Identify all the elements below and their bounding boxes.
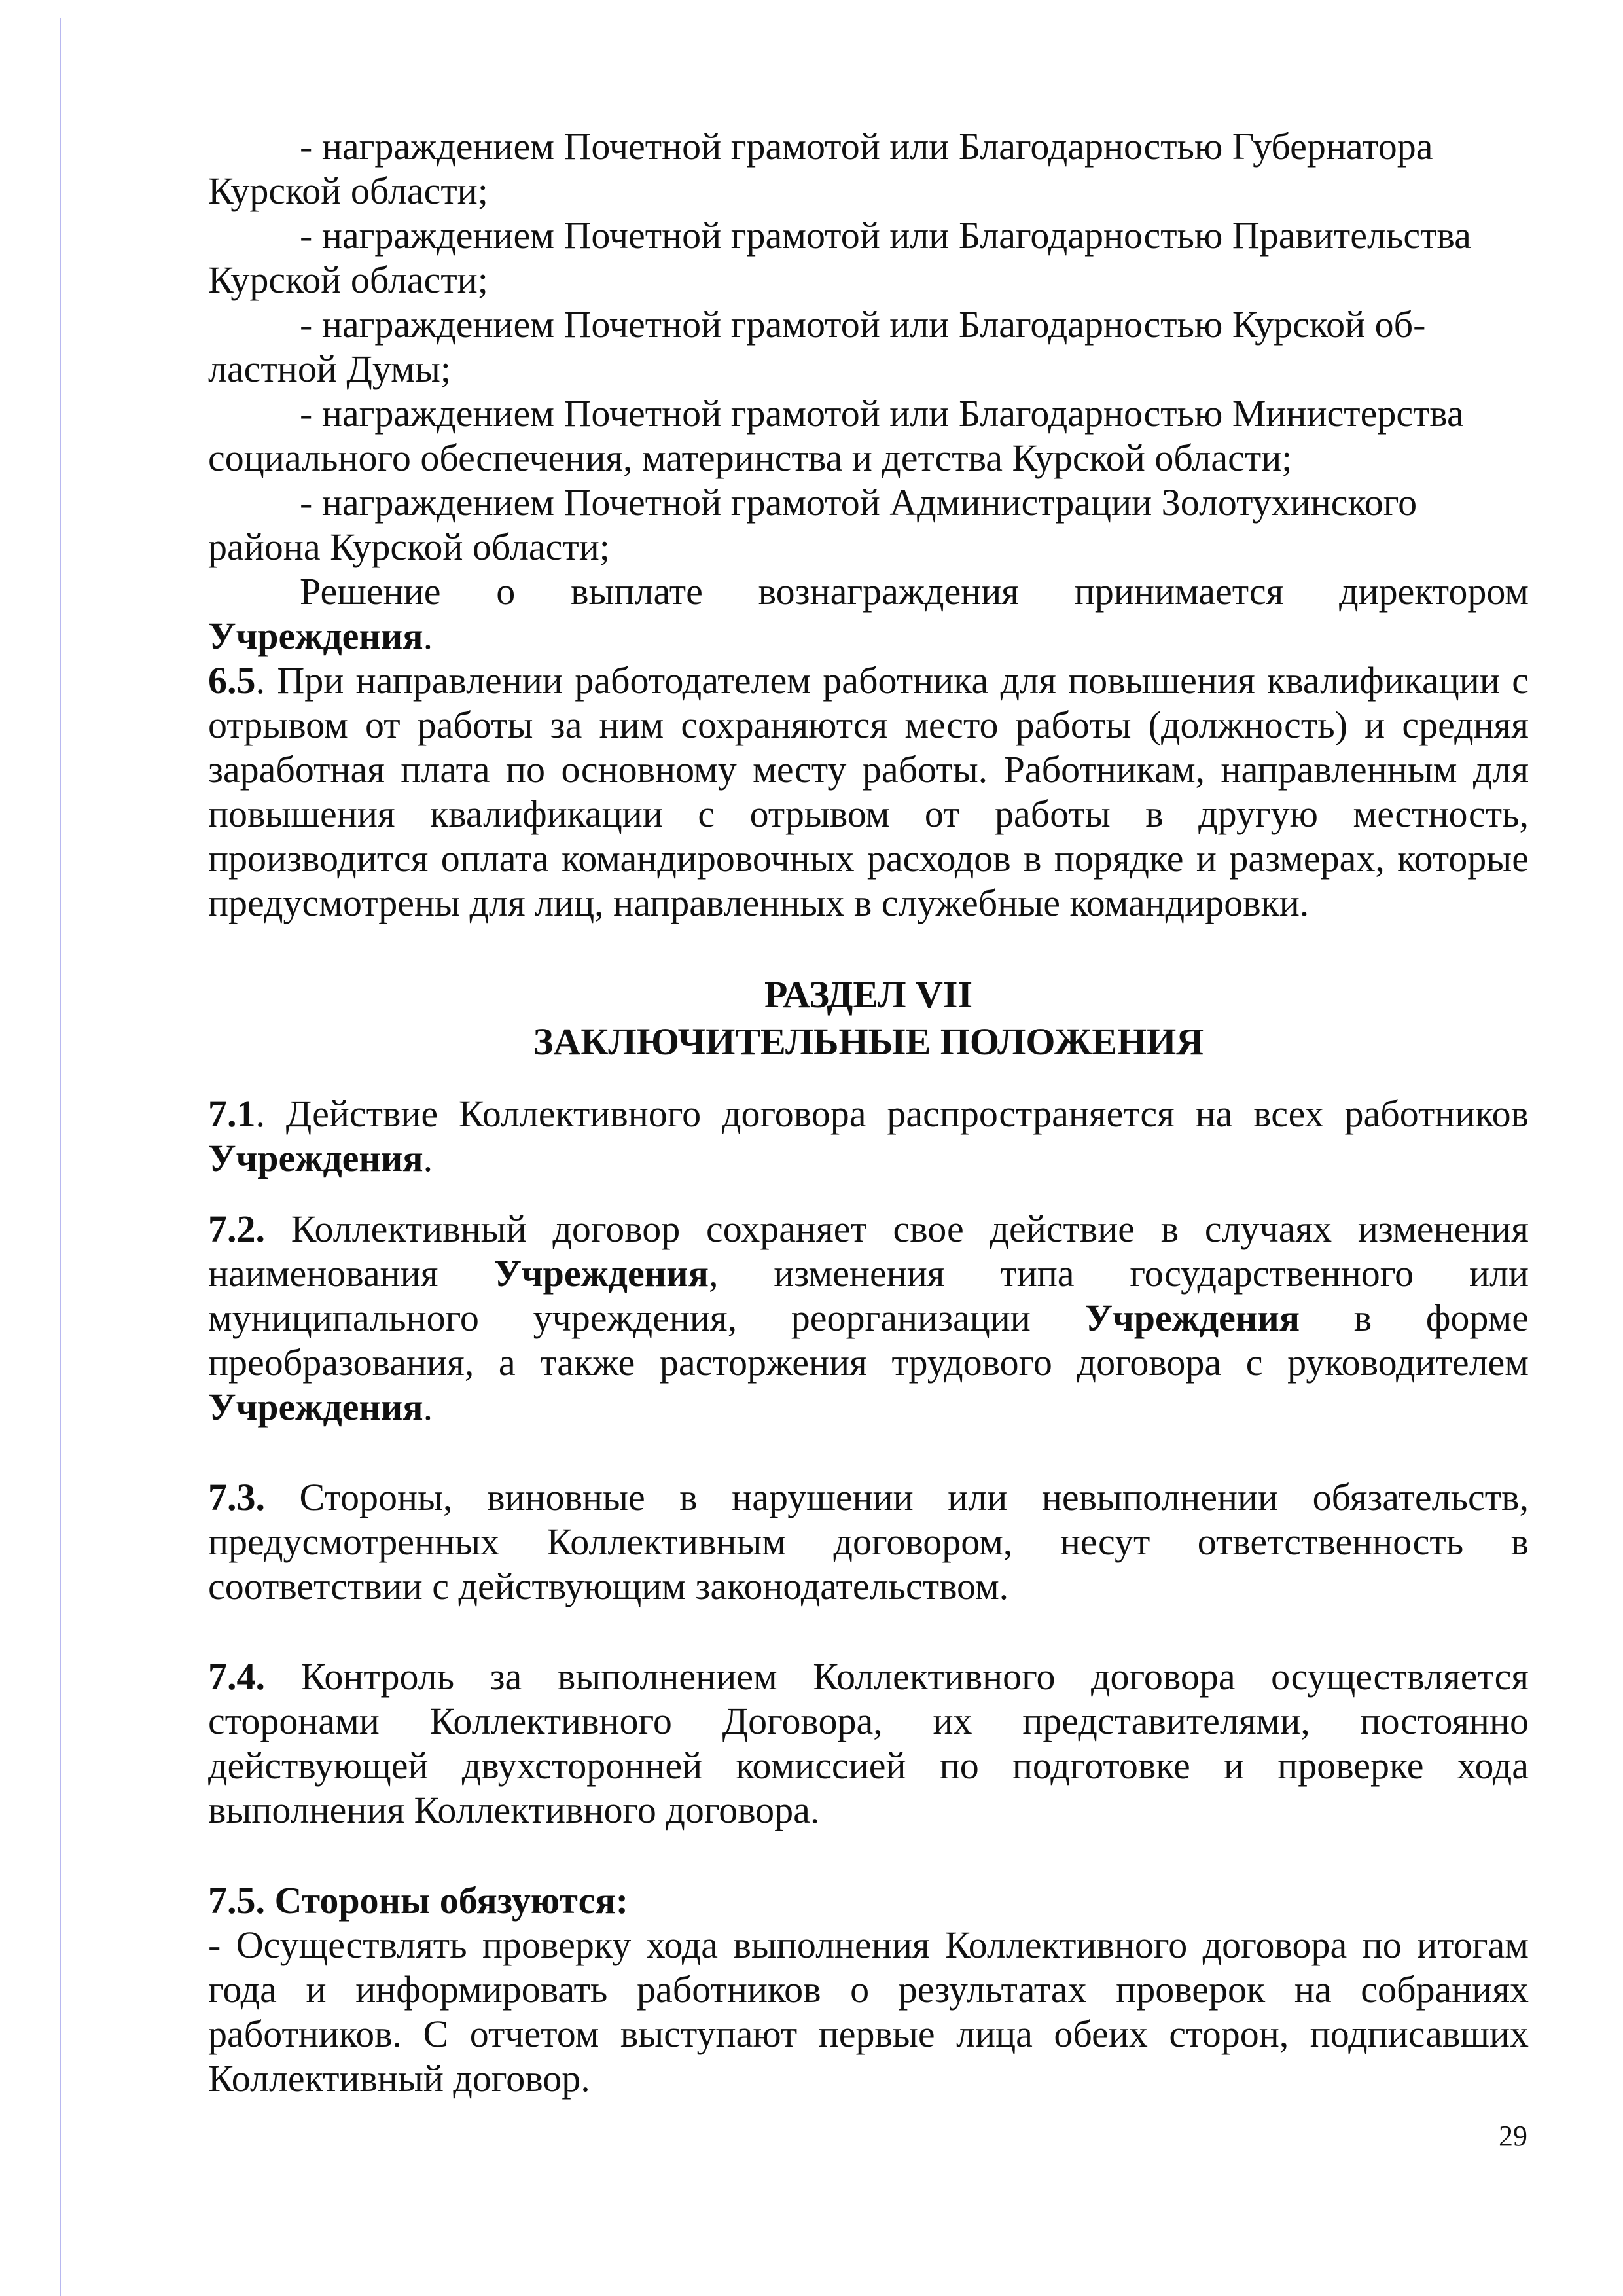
clause-7-4: 7.4. Контроль за выполнением Коллективно… bbox=[208, 1655, 1529, 1833]
section-title: РАЗДЕЛ VII bbox=[208, 971, 1529, 1018]
award-item: - награждением Почетной грамотой или Бла… bbox=[208, 213, 1529, 302]
clause-6-5: 6.5. При направлении работодателем работ… bbox=[208, 658, 1529, 925]
clause-7-5-heading: 7.5. Стороны обязуются: bbox=[208, 1878, 1529, 1923]
scan-margin-line bbox=[60, 18, 61, 2296]
section-subtitle: ЗАКЛЮЧИТЕЛЬНЫЕ ПОЛОЖЕНИЯ bbox=[208, 1018, 1529, 1066]
clause-7-1: 7.1. Действие Коллективного договора рас… bbox=[208, 1092, 1529, 1181]
clause-7-2: 7.2. Коллективный договор сохраняет свое… bbox=[208, 1207, 1529, 1429]
document-page: - награждением Почетной грамотой или Бла… bbox=[0, 0, 1623, 2296]
award-item: - награждением Почетной грамотой Админис… bbox=[208, 480, 1529, 569]
page-number: 29 bbox=[1499, 2119, 1527, 2153]
award-item: - награждением Почетной грамотой или Бла… bbox=[208, 124, 1529, 213]
award-item: - награждением Почетной грамотой или Бла… bbox=[208, 391, 1529, 480]
document-body: - награждением Почетной грамотой или Бла… bbox=[208, 124, 1529, 2101]
clause-7-3: 7.3. Стороны, виновные в нарушении или н… bbox=[208, 1475, 1529, 1609]
decision-paragraph: Решение о выплате вознаграждения принима… bbox=[208, 569, 1529, 658]
clause-7-5-text: - Осуществлять проверку хода выполнения … bbox=[208, 1923, 1529, 2101]
award-item: - награждением Почетной грамотой или Бла… bbox=[208, 302, 1529, 391]
